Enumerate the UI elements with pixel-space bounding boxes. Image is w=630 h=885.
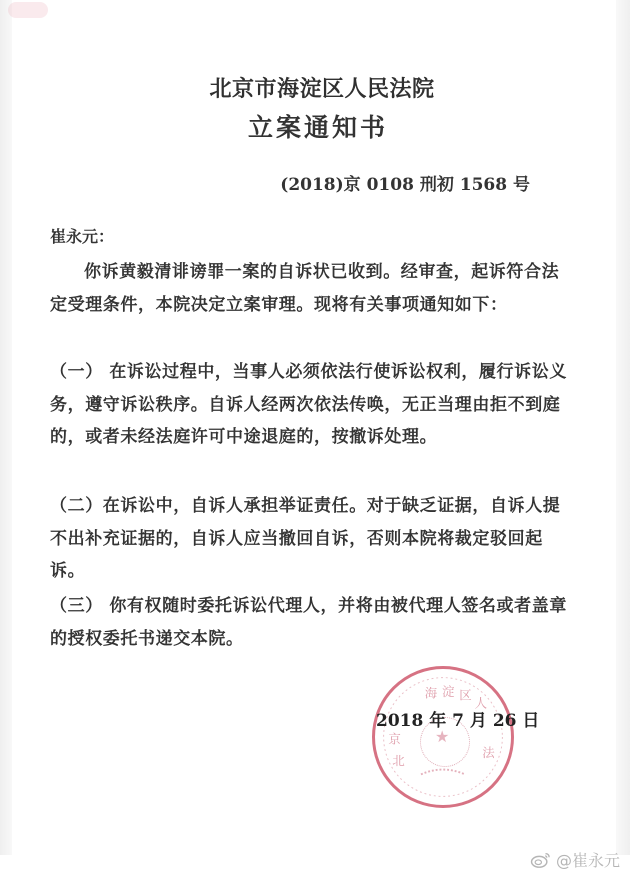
scan-smudge [8, 2, 48, 18]
paragraph-item-2: （二）在诉讼中，自诉人承担举证责任。对于缺乏证据，自诉人提不出补充证据的，自诉人… [50, 490, 570, 588]
watermark-handle: @崔永元 [556, 848, 620, 871]
svg-text:北: 北 [392, 753, 404, 768]
document-title: 立案通知书 [0, 108, 630, 144]
paragraph-item-3: （三） 你有权随时委托诉讼代理人，并将由被代理人签名或者盖章的授权委托书递交本院… [50, 590, 570, 655]
paragraph-intro: 你诉黄毅清诽谤罪一案的自诉状已收到。经审查，起诉符合法定受理条件，本院决定立案审… [50, 256, 570, 321]
svg-text:法: 法 [482, 745, 495, 760]
case-number: (2018)京 0108 刑初 1568 号 [280, 170, 530, 195]
court-name: 北京市海淀区人民法院 [0, 72, 630, 103]
weibo-watermark: @崔永元 [530, 848, 620, 871]
weibo-icon [530, 851, 552, 869]
svg-text:淀: 淀 [442, 684, 455, 699]
court-seal: 海 淀 区 人 京 北 法 ★ [372, 666, 514, 808]
issue-date: 2018 年 7 月 26 日 [376, 706, 539, 731]
recipient-salutation: 崔永元： [50, 224, 114, 247]
svg-text:京: 京 [388, 732, 401, 747]
svg-text:海: 海 [425, 686, 438, 701]
svg-text:区: 区 [459, 688, 471, 703]
paragraph-item-1: （一） 在诉讼过程中，当事人必须依法行使诉讼权利，履行诉讼义务，遵守诉讼秩序。自… [50, 356, 570, 454]
